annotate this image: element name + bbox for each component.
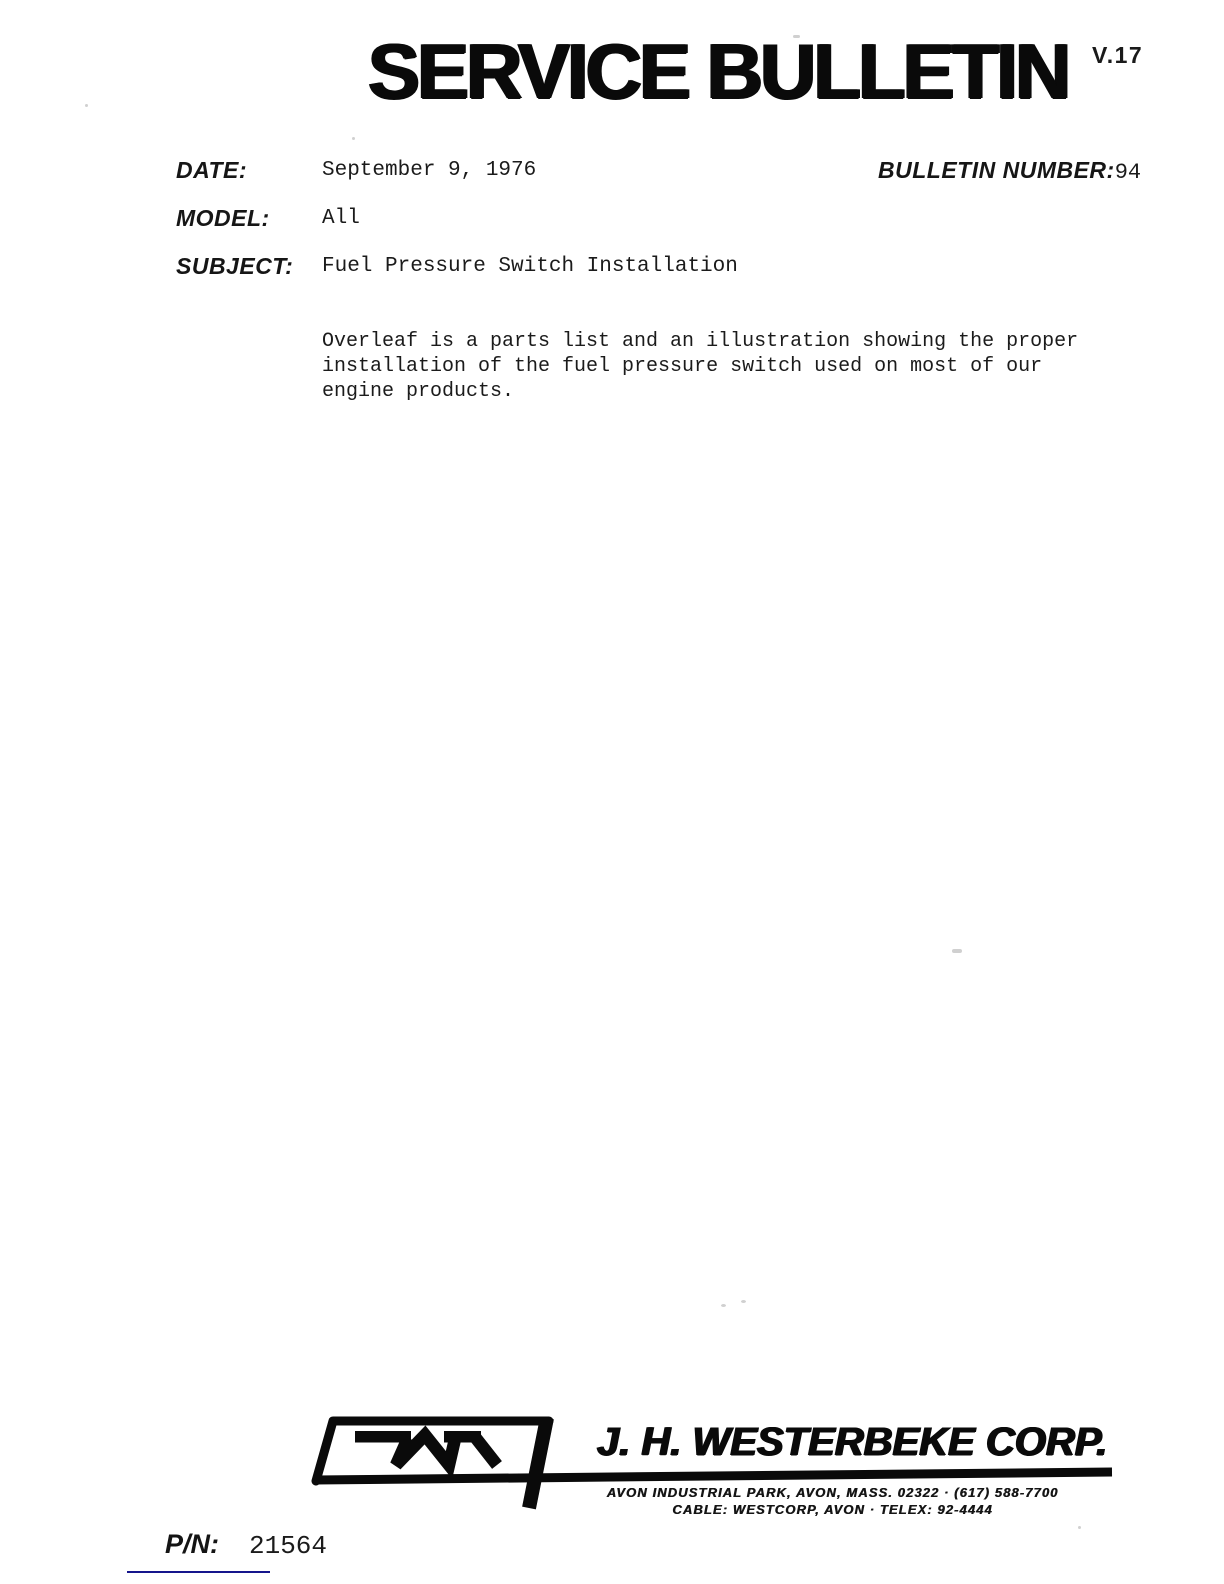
part-number-value: 21564 <box>249 1531 327 1561</box>
scan-speck <box>85 104 88 107</box>
subject-label: SUBJECT: <box>176 253 293 280</box>
bulletin-number-value: 94 <box>1115 160 1141 185</box>
part-number-label: P/N: <box>165 1529 219 1560</box>
bulletin-number-row: BULLETIN NUMBER:94 <box>878 157 1141 185</box>
bulletin-number-label: BULLETIN NUMBER: <box>878 157 1115 184</box>
model-value: All <box>322 207 360 230</box>
part-number-row: P/N: 21564 <box>165 1529 327 1561</box>
date-label: DATE: <box>176 157 247 184</box>
scan-speck <box>352 137 355 140</box>
scan-speck <box>1078 1526 1081 1529</box>
scan-speck <box>952 949 962 953</box>
address-line-2: CABLE: WESTCORP, AVON · TELEX: 92-4444 <box>560 1502 1105 1519</box>
page-title: SERVICE BULLETIN <box>368 26 1068 117</box>
version-label: V.17 <box>1092 42 1143 69</box>
body-paragraph: Overleaf is a parts list and an illustra… <box>322 329 1112 404</box>
address-line-1: AVON INDUSTRIAL PARK, AVON, MASS. 02322 … <box>560 1485 1105 1502</box>
scan-speck <box>793 35 800 38</box>
blue-underline <box>127 1571 270 1573</box>
scan-speck <box>741 1300 746 1303</box>
company-name: J. H. WESTERBEKE CORP. <box>597 1420 1107 1465</box>
company-address: AVON INDUSTRIAL PARK, AVON, MASS. 02322 … <box>560 1485 1105 1518</box>
model-label: MODEL: <box>176 205 270 232</box>
date-value: September 9, 1976 <box>322 159 536 182</box>
subject-value: Fuel Pressure Switch Installation <box>322 255 738 278</box>
scan-speck <box>721 1304 726 1307</box>
